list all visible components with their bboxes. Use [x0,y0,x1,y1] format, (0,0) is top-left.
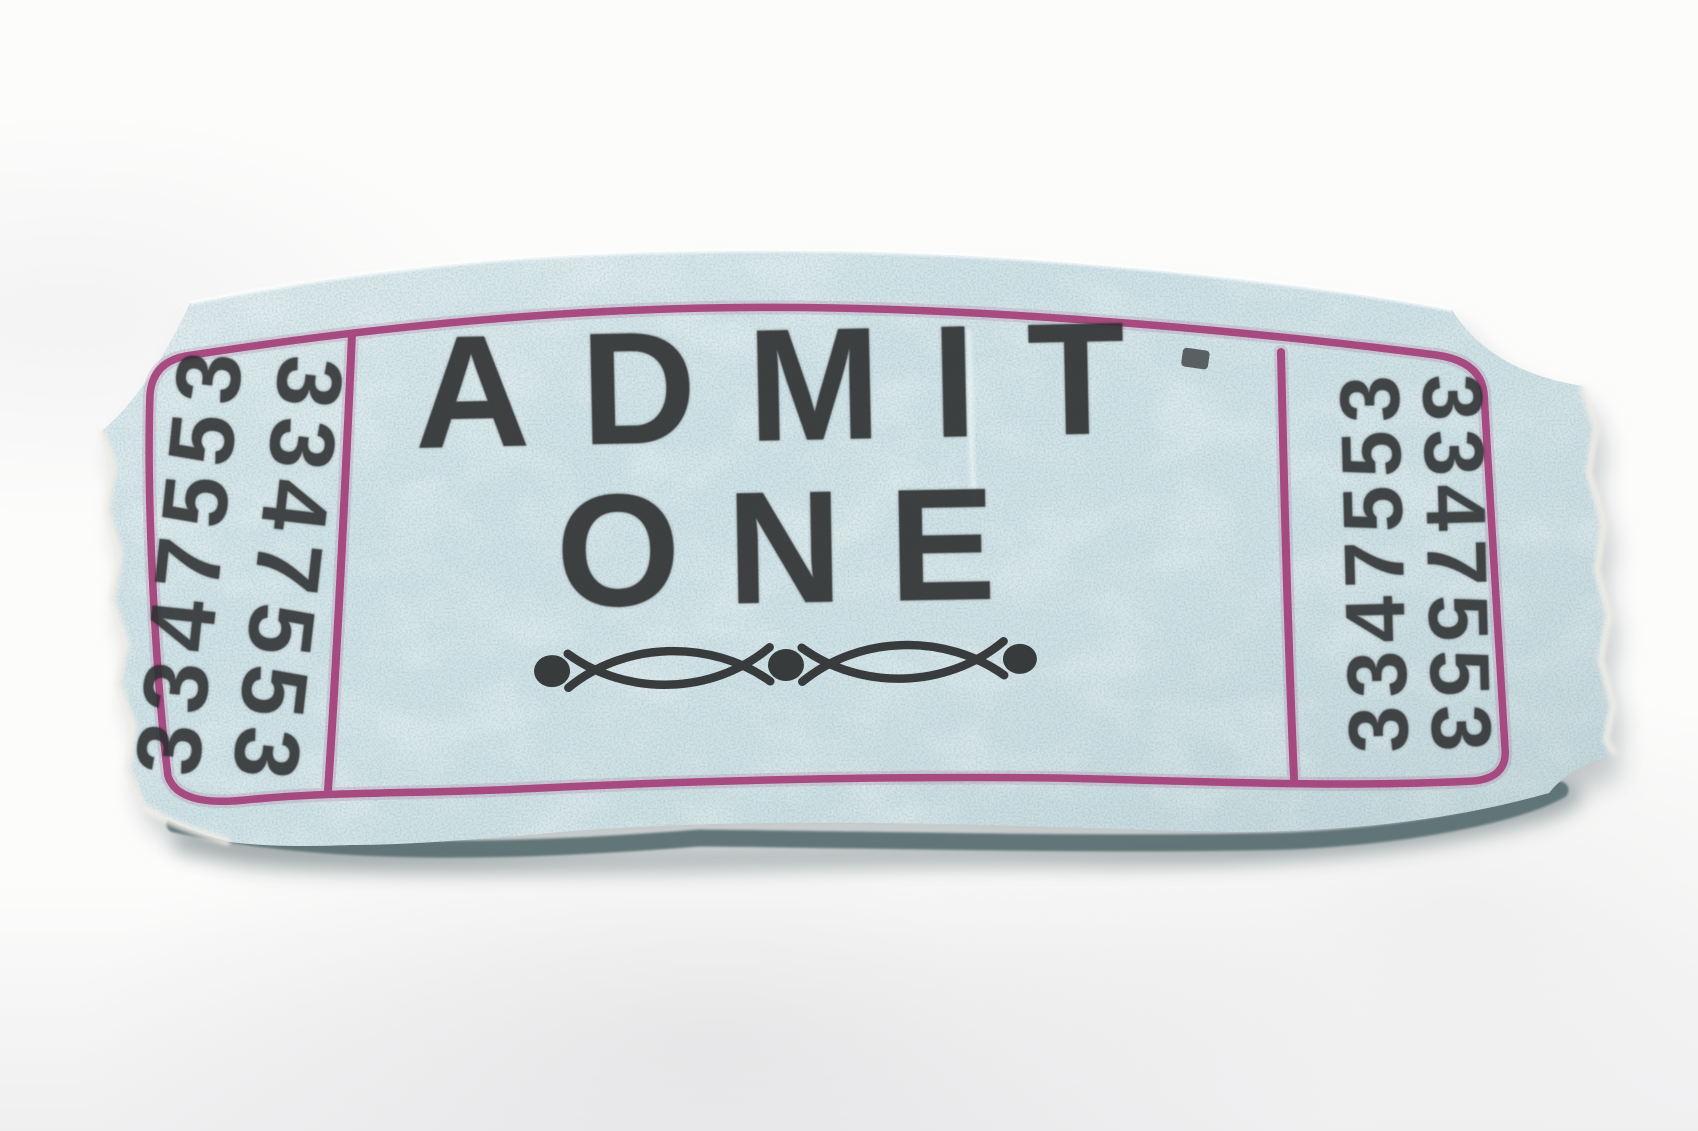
serial-number-right-outer: 3347553 [1407,366,1507,768]
ticket-title-line2: ONE [555,462,1078,641]
ink-smudge [1181,347,1210,370]
photo-scene: ADMIT ONE 3347553 3347553 3347553 334755… [0,0,1698,1131]
ticket-title-line1: ADMIT [412,297,1175,483]
